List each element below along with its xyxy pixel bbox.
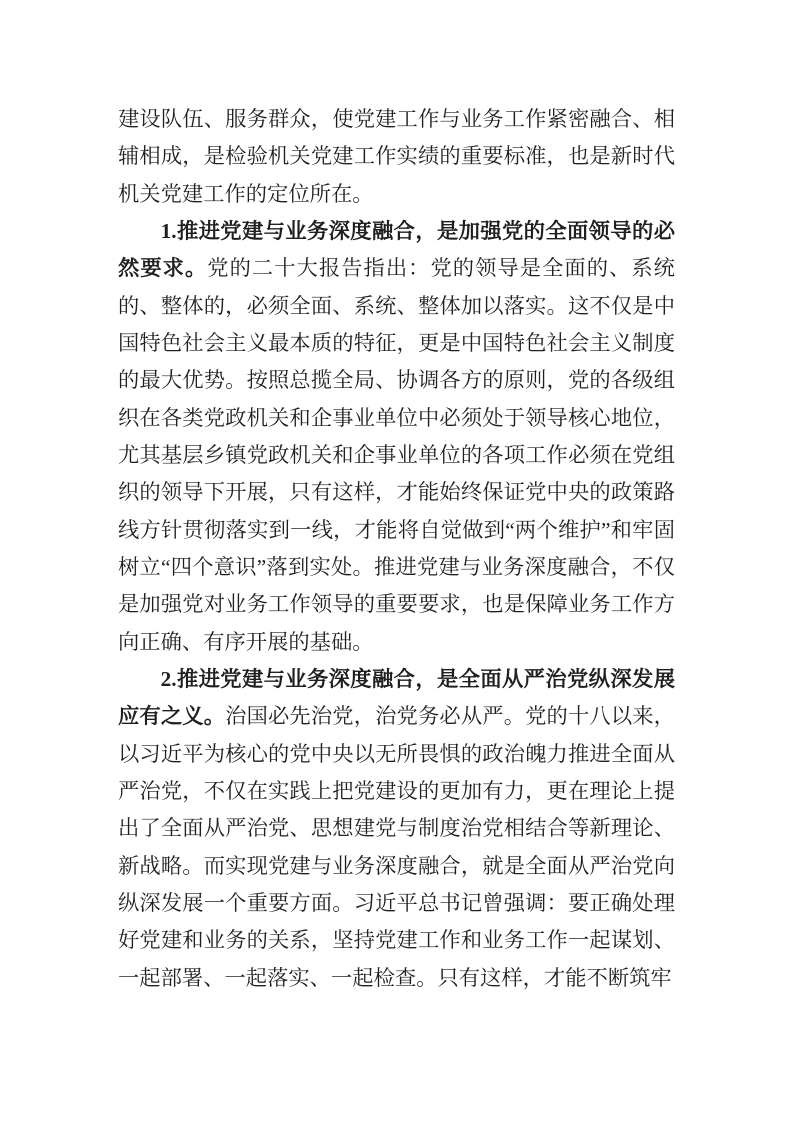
paragraph-text: 建设队伍、服务群众，使党建工作与业务工作紧密融合、相辅相成，是检验机关党建工作实… (118, 107, 675, 206)
paragraph: 1.推进党建与业务深度融合，是加强党的全面领导的必然要求。党的二十大报告指出：党… (118, 213, 675, 661)
paragraph: 2.推进党建与业务深度融合，是全面从严治党纵深发展应有之义。治国必先治党，治党务… (118, 661, 675, 997)
paragraph: 建设队伍、服务群众，使党建工作与业务工作紧密融合、相辅相成，是检验机关党建工作实… (118, 101, 675, 213)
paragraph-text: 治国必先治党，治党务必从严。党的十八以来，以习近平为核心的党中央以无所畏惧的政治… (118, 704, 675, 989)
document-page: 建设队伍、服务群众，使党建工作与业务工作紧密融合、相辅相成，是检验机关党建工作实… (0, 0, 793, 1122)
document-body: 建设队伍、服务群众，使党建工作与业务工作紧密融合、相辅相成，是检验机关党建工作实… (0, 0, 793, 997)
paragraph-text: 党的二十大报告指出：党的领导是全面的、系统的、整体的，必须全面、系统、整体加以落… (118, 256, 675, 653)
